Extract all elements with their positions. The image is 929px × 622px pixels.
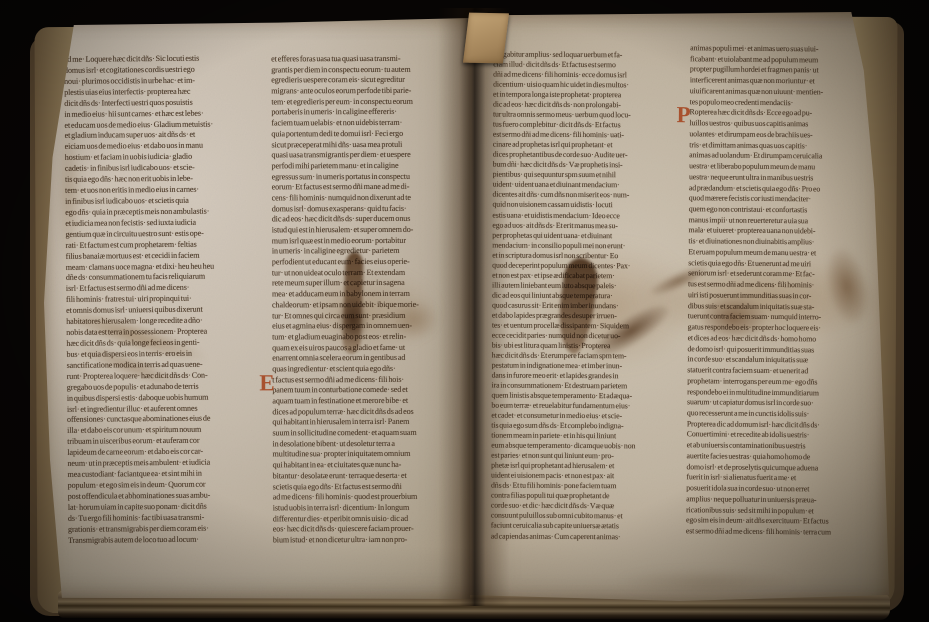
manuscript-text-line: egressus sum· in umeris portatus in cons… — [272, 171, 465, 182]
manuscript-text-line: quam ex eis uiros paucos a gladio et fam… — [272, 342, 465, 353]
manuscript-text-line: suum in sollicitudine comedent· et aquam… — [272, 428, 465, 439]
rubric-initial-P: P — [676, 105, 696, 126]
manuscript-text-line: grantis per diem in conspectu eorum· tu … — [271, 64, 464, 75]
manuscript-text-line: egredieris uespere coram eis· sicut egre… — [271, 75, 464, 86]
manuscript-text-line: scietis quia ego dñs· Et factus est serm… — [273, 481, 466, 492]
manuscript-text-line: istud qui est in hierusalem· et super om… — [272, 225, 465, 236]
manuscript-text-line: quia portentum dedi te domui isrl· Feci … — [271, 128, 464, 139]
manuscript-text-line: mum isrl quæ est in medio eorum· portabi… — [272, 235, 465, 246]
manuscript-text-line: quas ingredientur· et scient quia ego dñ… — [272, 364, 465, 375]
manuscript-text-line: tur· Et omnes qui circa eum sunt· præsid… — [272, 310, 465, 321]
manuscript-text-line: perfodi mihi parietem manu· et in caligi… — [272, 161, 465, 172]
manuscript-text-line: differentur dies· et peribit omnis uisio… — [273, 513, 466, 524]
manuscript-text-line: Transmigrabis autem de loco tuo ad locum… — [68, 534, 257, 547]
manuscript-text-line: dic ad eos qui liniunt absque temperatur… — [492, 290, 665, 301]
text-column-3: longabitur amplius· sed loquar uerbum et… — [491, 50, 667, 543]
manuscript-text-line: illi autem liniebant eum luto absque pal… — [492, 280, 665, 291]
manuscript-text-line: mendacium· in consilio populi mei non er… — [492, 240, 665, 251]
manuscript-text-line: istud uobis in terra isrl· dicentium· In… — [273, 503, 466, 514]
manuscript-text-line: faciem tuam uelabis· et non uidebis terr… — [271, 118, 464, 129]
manuscript-text-line: per prophetas qui uident uana· et diuina… — [492, 230, 665, 241]
manuscript-text-line: migrans· ante oculos eorum perfode tibi … — [271, 86, 464, 97]
manuscript-text-line: qui habitant in ea· et ciuitates quæ nun… — [273, 460, 466, 471]
manuscript-text-line: t factus est sermo dñi ad me dicens· fil… — [272, 374, 465, 385]
manuscript-text-line: perfodient ut educant eum· facies eius o… — [272, 257, 465, 268]
manuscript-text-line: tur· ut non uideat oculo terram· Et exte… — [272, 267, 465, 278]
rubric-initial-E: E — [259, 372, 279, 393]
manuscript-text-line: dic ad eos· hæc dicit dñs ds· super duce… — [272, 214, 465, 225]
right-page: longabitur amplius· sed loquar uerbum et… — [470, 12, 889, 601]
manuscript-text-line: in umeris· in caligine egredietur· parie… — [272, 246, 465, 257]
manuscript-text-line: eos· hæc dicit dñs ds· quiescere faciam … — [273, 524, 466, 535]
manuscript-text-line: eorum· Et factus est sermo dñi mane ad m… — [272, 182, 465, 193]
manuscript-text-line: rete meum super illum· et capietur in sa… — [272, 278, 465, 289]
manuscript-text-line: multitudine sua· propter iniquitatem omn… — [273, 449, 466, 460]
manuscript-text-line: domus isrl· domus exasperans· quid tu fa… — [272, 203, 465, 214]
manuscript-text-line: estis uana· et uidistis mendacium· Ideo … — [492, 210, 665, 221]
manuscript-text-line: ad me dicens· fili hominis· quod est pro… — [273, 492, 466, 503]
manuscript-text-line: ego ad uos· ait dñs ds· Et erit manus me… — [492, 220, 665, 231]
manuscript-text-line: tum· et gladium euaginabo post eos· et r… — [272, 332, 465, 343]
manuscript-text-line: prophetam· interrogans per eum me· ego d… — [687, 376, 862, 388]
manuscript-text-line: quod deceperint populum meum dicentes· P… — [492, 260, 665, 271]
text-column-4: animas populi mei· et animas uero suas u… — [686, 43, 865, 539]
manuscript-text-line: cens· fili hominis· numquid non dixerunt… — [272, 193, 465, 204]
manuscript-text-line: quasi uasa transmigrantis per diem· et u… — [271, 150, 464, 161]
manuscript-text-line: dices ad populum terræ· hæc dicit dñs ds… — [272, 406, 465, 417]
manuscript-text-line: faciunt ceruicalia sub capite uniuersæ æ… — [491, 521, 664, 532]
left-page: ad me· Loquere hæc dicit dñs· Sic locuti… — [44, 18, 470, 599]
manuscript-text-line: ad capiendas animas· Cum caperent animas… — [491, 531, 664, 542]
manuscript-text-line: portaberis in umeris· in caligine effere… — [271, 107, 464, 118]
manuscript-text-line: et in scriptura domus isrl non scribentu… — [492, 250, 665, 261]
photo-black-background: ad me· Loquere hæc dicit dñs· Sic locuti… — [0, 0, 929, 622]
text-column-1: ad me· Loquere hæc dicit dñs· Sic locuti… — [64, 53, 257, 547]
manuscript-text-line: aquam tuam in festinatione et merore bib… — [272, 396, 465, 407]
manuscript-text-line: in desolatione bibent· ut desoletur terr… — [272, 438, 465, 449]
manuscript-text-line: tem· et egredieris per eum· in conspectu… — [271, 96, 464, 107]
manuscript-text-line: bium istud· et non dicetur ultra· iam no… — [273, 535, 466, 546]
manuscript-text-line: est sermo dñi ad me dicens· fili hominis… — [686, 526, 861, 538]
manuscript-text-line: chaldeorum· et ipsam non uidebit· ibique… — [272, 299, 465, 310]
parchment-tab — [463, 13, 509, 64]
manuscript-text-line: et non est pax· et ipse ædificabat parie… — [492, 270, 665, 281]
manuscript-text-line: bitantur· desolatæ erunt· terraque deser… — [273, 470, 466, 481]
manuscript-text-line: quod casurus sit· Erit enim imber inunda… — [492, 300, 665, 311]
manuscript-text-line: et efferes foras uasa tua quasi uasa tra… — [271, 54, 464, 65]
manuscript-text-line: qui habitant in hierusalem in terra isrl… — [272, 417, 465, 428]
manuscript-text-line: panem tuum in conturbatione comede· sed … — [272, 385, 465, 396]
manuscript-text-line: mea· et adducam eum in babylonem in terr… — [272, 289, 465, 300]
manuscript-text-line: enarrent omnia scelera eorum in gentibus… — [272, 353, 465, 364]
manuscript-text-line: quid non uisionem cassam uidistis· locut… — [492, 200, 665, 211]
manuscript-text-line: et dabo lapides prægrandes desuper irrue… — [492, 310, 665, 321]
manuscript-text-line: eius et agmina eius· dispergam in omnem … — [272, 321, 465, 332]
text-column-2: et efferes foras uasa tua quasi uasa tra… — [271, 54, 466, 547]
manuscript-text-line: sicut præceperat mihi dñs· uasa mea prot… — [271, 139, 464, 150]
bottom-smudge-right — [620, 570, 792, 594]
